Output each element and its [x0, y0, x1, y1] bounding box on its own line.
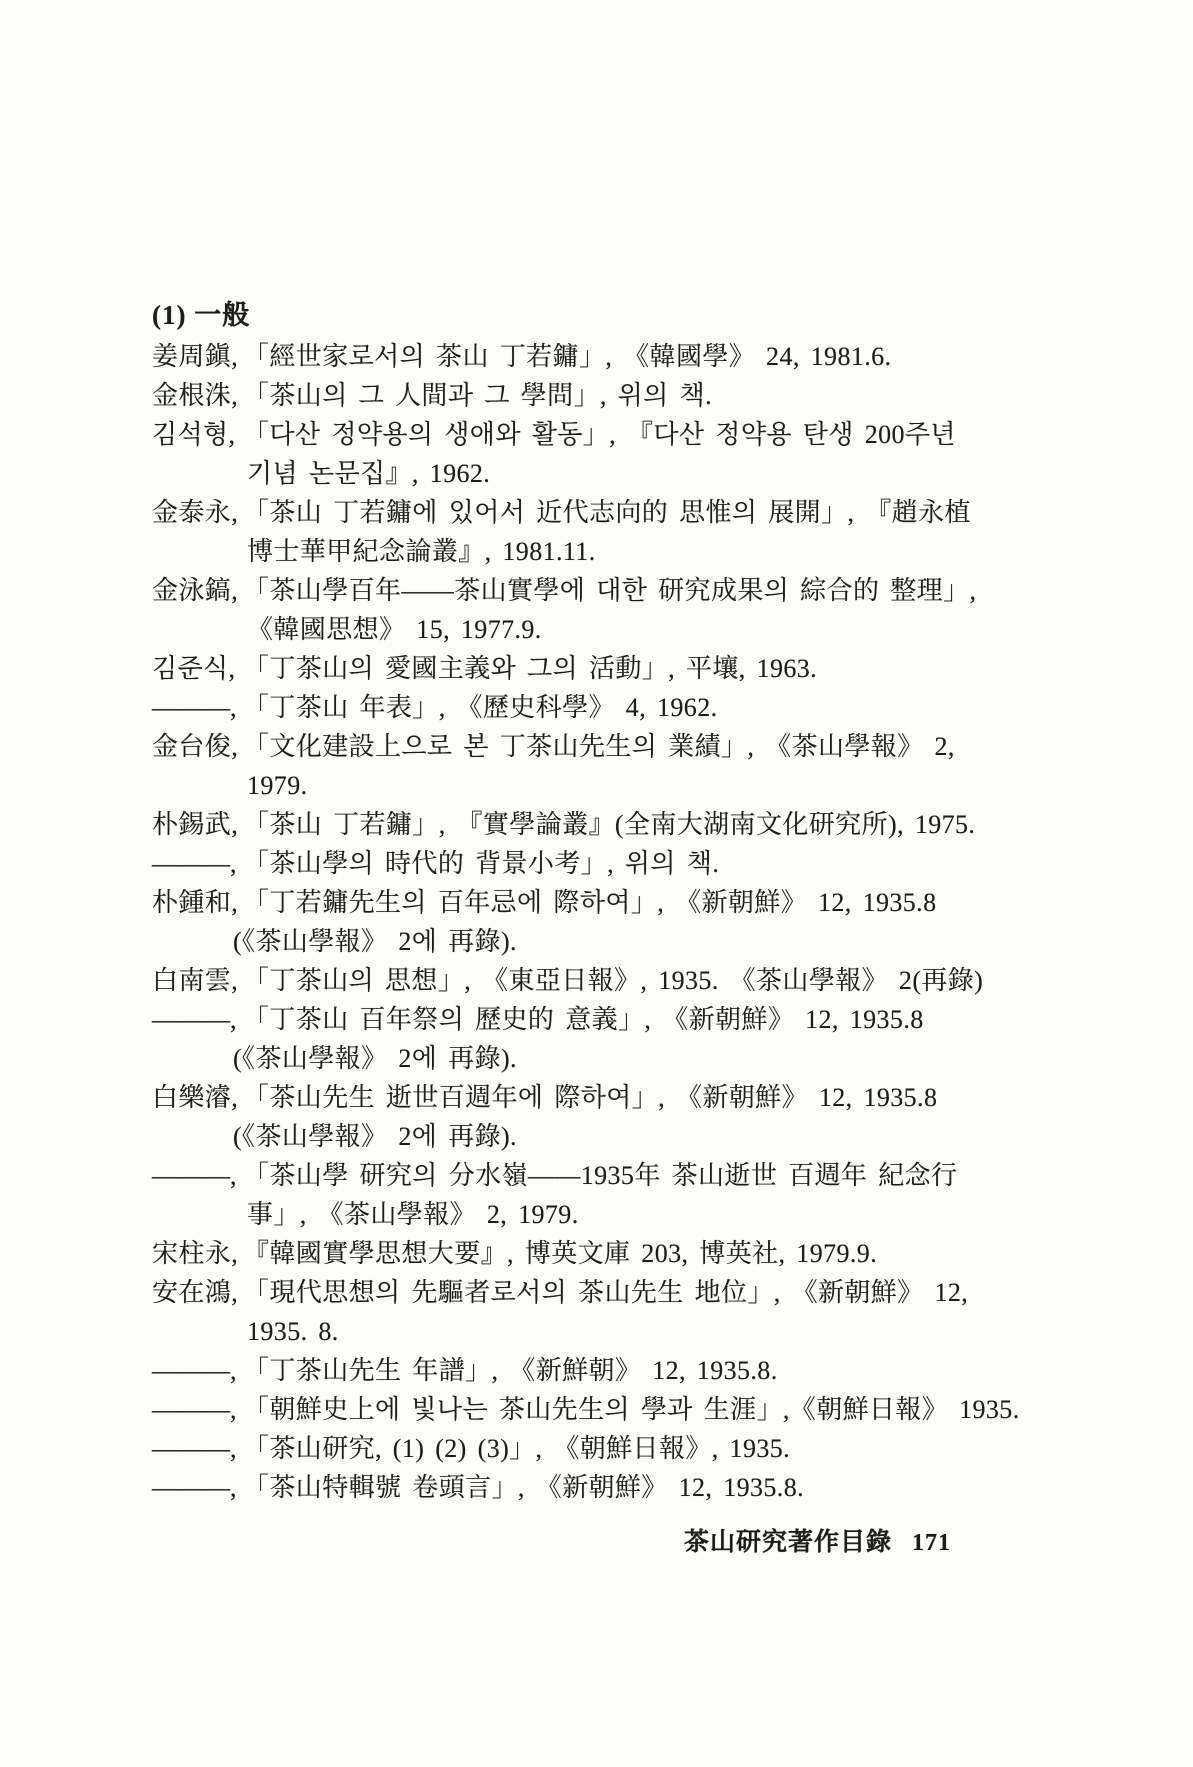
entry-line-first: ———,「丁茶山先生 年譜」, 《新鮮朝》 12, 1935.8. — [247, 1351, 1062, 1390]
section-heading: (1) 一般 — [152, 296, 1062, 335]
entry-author: 朴鍾和, — [152, 883, 243, 922]
entry-text: 「朝鮮史上에 빛나는 茶山先生의 學과 生涯」,《朝鮮日報》 1935. — [243, 1395, 1020, 1424]
entry-line-first: 김준식,「丁茶山의 愛國主義와 그의 活動」, 平壤, 1963. — [247, 649, 1062, 688]
entry-text: 「丁茶山先生 年譜」, 《新鮮朝》 12, 1935.8. — [243, 1356, 778, 1385]
bibliography-list: 姜周鎭,「經世家로서의 茶山 丁若鏞」, 《韓國學》 24, 1981.6. 金… — [152, 337, 1062, 1507]
entry-text: 「茶山學의 時代的 背景小考」, 위의 책. — [243, 849, 719, 878]
entry-author: 朴錫武, — [152, 805, 243, 844]
entry-text: 「茶山先生 逝世百週年에 際하여」, 《新朝鮮》 12, 1935.8 — [243, 1083, 937, 1112]
entry-text: 「茶山의 그 人間과 그 學問」, 위의 책. — [243, 381, 712, 410]
entry-line-first: ———,「茶山學 研究의 分水嶺——1935年 茶山逝世 百週年 紀念行 — [247, 1156, 1062, 1195]
entry-author: 김준식, — [152, 649, 243, 688]
bibliography-entry: ———,「茶山學의 時代的 背景小考」, 위의 책. — [152, 844, 1062, 883]
entry-text: 「現代思想의 先驅者로서의 茶山先生 地位」, 《新朝鮮》 12, — [243, 1278, 968, 1307]
bibliography-entry: 金泰永,「茶山 丁若鏞에 있어서 近代志向的 思惟의 展開」, 『趙永植 博士華… — [152, 493, 1062, 571]
entry-line-first: 金泰永,「茶山 丁若鏞에 있어서 近代志向的 思惟의 展開」, 『趙永植 — [247, 493, 1062, 532]
entry-line-first: 김석형,「다산 정약용의 생애와 활동」, 『다산 정약용 탄생 200주년 — [247, 415, 1062, 454]
bibliography-entry: ———,「丁茶山先生 年譜」, 《新鮮朝》 12, 1935.8. — [152, 1351, 1062, 1390]
bibliography-entry: 朴鍾和,「丁若鏞先生의 百年忌에 際하여」, 《新朝鮮》 12, 1935.8 … — [152, 883, 1062, 961]
entry-author: 金泰永, — [152, 493, 243, 532]
bibliography-entry: 金根洙,「茶山의 그 人間과 그 學問」, 위의 책. — [152, 376, 1062, 415]
entry-text: 「茶山特輯號 卷頭言」, 《新朝鮮》 12, 1935.8. — [243, 1473, 804, 1502]
entry-author: ———, — [152, 1000, 243, 1039]
entry-line-continuation: 기념 논문집』, 1962. — [247, 454, 1062, 493]
bibliography-entry: 姜周鎭,「經世家로서의 茶山 丁若鏞」, 《韓國學》 24, 1981.6. — [152, 337, 1062, 376]
entry-line-continuation: (《茶山學報》 2에 再錄). — [233, 1117, 1062, 1156]
bibliography-entry: 白樂濬,「茶山先生 逝世百週年에 際하여」, 《新朝鮮》 12, 1935.8 … — [152, 1078, 1062, 1156]
bibliography-entry: 김준식,「丁茶山의 愛國主義와 그의 活動」, 平壤, 1963. — [152, 649, 1062, 688]
entry-line-first: 宋柱永,『韓國實學思想大要』, 博英文庫 203, 博英社, 1979.9. — [247, 1234, 1062, 1273]
entry-line-first: 金泳鎬,「茶山學百年——茶山實學에 대한 研究成果의 綜合的 整理」, — [247, 571, 1062, 610]
entry-author: ———, — [152, 1429, 243, 1468]
entry-text: 「茶山 丁若鏞」, 『實學論叢』(全南大湖南文化研究所), 1975. — [243, 810, 975, 839]
bibliography-entry: 金泳鎬,「茶山學百年——茶山實學에 대한 研究成果의 綜合的 整理」, 《韓國思… — [152, 571, 1062, 649]
entry-line-continuation: 1979. — [247, 766, 1062, 805]
entry-author: ———, — [152, 1390, 243, 1429]
entry-author: 白樂濬, — [152, 1078, 243, 1117]
entry-author: 宋柱永, — [152, 1234, 243, 1273]
entry-line-first: ———,「茶山特輯號 卷頭言」, 《新朝鮮》 12, 1935.8. — [247, 1468, 1062, 1507]
entry-text: 「經世家로서의 茶山 丁若鏞」, 《韓國學》 24, 1981.6. — [243, 342, 891, 371]
entry-text: 『韓國實學思想大要』, 博英文庫 203, 博英社, 1979.9. — [243, 1239, 877, 1268]
entry-author: ———, — [152, 844, 243, 883]
page-footer: 茶山研究著作目錄171 — [684, 1522, 951, 1558]
entry-author: 安在鴻, — [152, 1273, 243, 1312]
entry-line-continuation: 事」, 《茶山學報》 2, 1979. — [247, 1195, 1062, 1234]
entry-text: 「丁若鏞先生의 百年忌에 際하여」, 《新朝鮮》 12, 1935.8 — [243, 888, 936, 917]
text-block: (1) 一般 姜周鎭,「經世家로서의 茶山 丁若鏞」, 《韓國學》 24, 19… — [152, 296, 1062, 1507]
entry-text: 「文化建設上으로 본 丁茶山先生의 業績」, 《茶山學報》 2, — [243, 732, 955, 761]
entry-line-first: ———,「茶山研究, (1) (2) (3)」, 《朝鮮日報》, 1935. — [247, 1429, 1062, 1468]
entry-line-first: 安在鴻,「現代思想의 先驅者로서의 茶山先生 地位」, 《新朝鮮》 12, — [247, 1273, 1062, 1312]
entry-text: 「茶山學百年——茶山實學에 대한 研究成果의 綜合的 整理」, — [243, 576, 976, 605]
entry-line-first: 朴錫武,「茶山 丁若鏞」, 『實學論叢』(全南大湖南文化研究所), 1975. — [247, 805, 1062, 844]
entry-line-first: ———,「丁茶山 百年祭의 歷史的 意義」, 《新朝鮮》 12, 1935.8 — [247, 1000, 1062, 1039]
bibliography-entry: 朴錫武,「茶山 丁若鏞」, 『實學論叢』(全南大湖南文化研究所), 1975. — [152, 805, 1062, 844]
page-number: 171 — [912, 1530, 951, 1556]
entry-line-first: 白南雲,「丁茶山의 思想」, 《東亞日報》, 1935. 《茶山學報》 2(再錄… — [247, 961, 1062, 1000]
bibliography-entry: ———,「茶山學 研究의 分水嶺——1935年 茶山逝世 百週年 紀念行 事」,… — [152, 1156, 1062, 1234]
bibliography-entry: 白南雲,「丁茶山의 思想」, 《東亞日報》, 1935. 《茶山學報》 2(再錄… — [152, 961, 1062, 1000]
entry-line-first: 金根洙,「茶山의 그 人間과 그 學問」, 위의 책. — [247, 376, 1062, 415]
entry-author: 김석형, — [152, 415, 243, 454]
bibliography-entry: 宋柱永,『韓國實學思想大要』, 博英文庫 203, 博英社, 1979.9. — [152, 1234, 1062, 1273]
entry-text: 「丁茶山 百年祭의 歷史的 意義」, 《新朝鮮》 12, 1935.8 — [243, 1005, 924, 1034]
entry-text: 「茶山研究, (1) (2) (3)」, 《朝鮮日報》, 1935. — [243, 1434, 790, 1463]
entry-line-first: 白樂濬,「茶山先生 逝世百週年에 際하여」, 《新朝鮮》 12, 1935.8 — [247, 1078, 1062, 1117]
entry-line-first: 姜周鎭,「經世家로서의 茶山 丁若鏞」, 《韓國學》 24, 1981.6. — [247, 337, 1062, 376]
bibliography-entry: ———,「丁茶山 百年祭의 歷史的 意義」, 《新朝鮮》 12, 1935.8 … — [152, 1000, 1062, 1078]
entry-author: ———, — [152, 1156, 243, 1195]
bibliography-entry: 安在鴻,「現代思想의 先驅者로서의 茶山先生 地位」, 《新朝鮮》 12, 19… — [152, 1273, 1062, 1351]
entry-line-continuation: 博士華甲紀念論叢』, 1981.11. — [247, 532, 1062, 571]
entry-author: 白南雲, — [152, 961, 243, 1000]
scanned-document-page: (1) 一般 姜周鎭,「經世家로서의 茶山 丁若鏞」, 《韓國學》 24, 19… — [0, 0, 1193, 1767]
entry-line-first: ———,「丁茶山 年表」, 《歷史科學》 4, 1962. — [247, 688, 1062, 727]
bibliography-entry: ———,「朝鮮史上에 빛나는 茶山先生의 學과 生涯」,《朝鮮日報》 1935. — [152, 1390, 1062, 1429]
entry-author: 金泳鎬, — [152, 571, 243, 610]
entry-author: ———, — [152, 1468, 243, 1507]
entry-text: 「茶山 丁若鏞에 있어서 近代志向的 思惟의 展開」, 『趙永植 — [243, 498, 971, 527]
entry-author: 金根洙, — [152, 376, 243, 415]
bibliography-entry: ———,「丁茶山 年表」, 《歷史科學》 4, 1962. — [152, 688, 1062, 727]
bibliography-entry: ———,「茶山研究, (1) (2) (3)」, 《朝鮮日報》, 1935. — [152, 1429, 1062, 1468]
entry-line-continuation: (《茶山學報》 2에 再錄). — [233, 1039, 1062, 1078]
entry-line-first: ———,「朝鮮史上에 빛나는 茶山先生의 學과 生涯」,《朝鮮日報》 1935. — [247, 1390, 1062, 1429]
entry-line-first: ———,「茶山學의 時代的 背景小考」, 위의 책. — [247, 844, 1062, 883]
entry-text: 「다산 정약용의 생애와 활동」, 『다산 정약용 탄생 200주년 — [243, 420, 956, 449]
bibliography-entry: ———,「茶山特輯號 卷頭言」, 《新朝鮮》 12, 1935.8. — [152, 1468, 1062, 1507]
entry-author: 金台俊, — [152, 727, 243, 766]
entry-line-continuation: 1935. 8. — [247, 1312, 1062, 1351]
entry-author: ———, — [152, 1351, 243, 1390]
entry-line-first: 金台俊,「文化建設上으로 본 丁茶山先生의 業績」, 《茶山學報》 2, — [247, 727, 1062, 766]
bibliography-entry: 김석형,「다산 정약용의 생애와 활동」, 『다산 정약용 탄생 200주년 기… — [152, 415, 1062, 493]
entry-author: 姜周鎭, — [152, 337, 243, 376]
entry-line-continuation: 《韓國思想》 15, 1977.9. — [247, 610, 1062, 649]
bibliography-entry: 金台俊,「文化建設上으로 본 丁茶山先生의 業績」, 《茶山學報》 2, 197… — [152, 727, 1062, 805]
entry-text: 「丁茶山 年表」, 《歷史科學》 4, 1962. — [243, 693, 718, 722]
entry-text: 「丁茶山의 愛國主義와 그의 活動」, 平壤, 1963. — [243, 654, 817, 683]
entry-line-continuation: (《茶山學報》 2에 再錄). — [233, 922, 1062, 961]
entry-text: 「茶山學 研究의 分水嶺——1935年 茶山逝世 百週年 紀念行 — [243, 1161, 957, 1190]
entry-text: 「丁茶山의 思想」, 《東亞日報》, 1935. 《茶山學報》 2(再錄) — [243, 966, 983, 995]
entry-author: ———, — [152, 688, 243, 727]
entry-line-first: 朴鍾和,「丁若鏞先生의 百年忌에 際하여」, 《新朝鮮》 12, 1935.8 — [247, 883, 1062, 922]
running-title: 茶山研究著作目錄 — [684, 1529, 892, 1556]
